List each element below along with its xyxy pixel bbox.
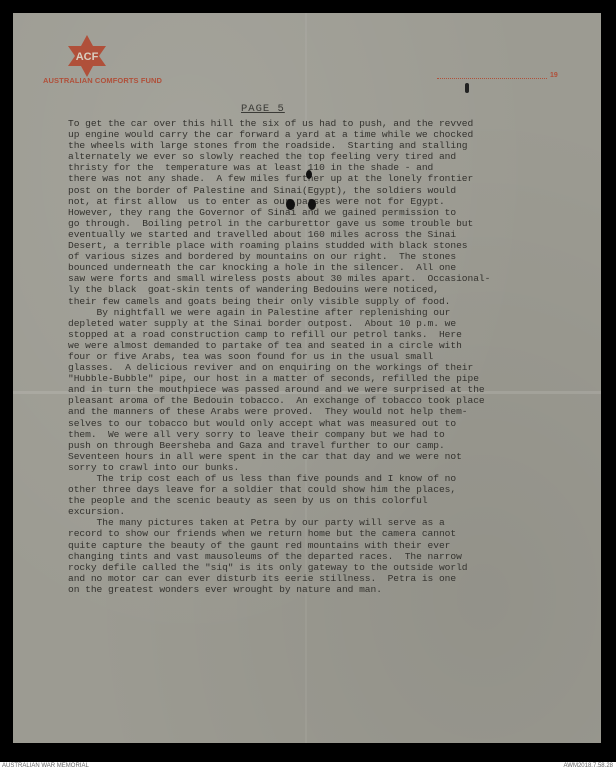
ink-blot	[286, 199, 295, 210]
text-line: depleted water supply at the Sinai borde…	[68, 318, 613, 329]
text-line: and the manners of these Arabs were prov…	[68, 406, 613, 417]
star-logo-icon: ACF	[65, 35, 109, 77]
text-line: excursion.	[68, 506, 613, 517]
text-line: thristy for the temperature was at least…	[68, 162, 613, 173]
logo-initials: ACF	[76, 51, 99, 63]
text-line: Desert, a terrible place with roaming pl…	[68, 240, 613, 251]
text-line: and no motor car can ever disturb its ee…	[68, 573, 613, 584]
letterhead-logo: ACF AUSTRALIAN COMFORTS FUND	[43, 35, 133, 95]
text-line: the people and the scenic beauty as seen…	[68, 495, 613, 506]
text-line: ly the black goat-skin tents of wanderin…	[68, 284, 613, 295]
text-line: glasses. A delicious reviver and on enqu…	[68, 362, 613, 373]
text-line: "Hubble-Bubble" pipe, our host in a matt…	[68, 373, 613, 384]
text-line: there was not any shade. A few miles fur…	[68, 173, 613, 184]
text-line: of various sizes and bordered by mountai…	[68, 251, 613, 262]
text-line: By nightfall we were again in Palestine …	[68, 307, 613, 318]
text-line: However, they rang the Governor of Sinai…	[68, 207, 613, 218]
text-line: them. We were all very sorry to leave th…	[68, 429, 613, 440]
text-line: The many pictures taken at Petra by our …	[68, 517, 613, 528]
text-line: the wheels with large stones from the ro…	[68, 140, 613, 151]
text-line: To get the car over this hill the six of…	[68, 118, 613, 129]
text-line: bounced underneath the car knocking a ho…	[68, 262, 613, 273]
text-line: other three days leave for a soldier tha…	[68, 484, 613, 495]
document-page: ACF AUSTRALIAN COMFORTS FUND 19 PAGE 5 T…	[13, 13, 601, 743]
text-line: rocky defile called the "siq" is its onl…	[68, 562, 613, 573]
text-line: sorry to crawl into our bunks.	[68, 462, 613, 473]
text-line: eventually we started and travelled abou…	[68, 229, 613, 240]
text-line: push on through Beersheba and Gaza and t…	[68, 440, 613, 451]
text-line: their few camels and goats being their o…	[68, 296, 613, 307]
organisation-name: AUSTRALIAN COMFORTS FUND	[43, 76, 163, 85]
footer-institution: AUSTRALIAN WAR MEMORIAL	[2, 763, 89, 769]
archive-footer: AUSTRALIAN WAR MEMORIAL AWM2018.7.58.28	[0, 762, 616, 773]
text-line: pleasant aroma of the Bedouin tobacco. A…	[68, 395, 613, 406]
text-line: quite capture the beauty of the gaunt re…	[68, 540, 613, 551]
text-line: four or five Arabs, tea was soon found f…	[68, 351, 613, 362]
text-line: on the greatest wonders ever wrought by …	[68, 584, 613, 595]
text-line: not, at first allow us to enter as our p…	[68, 196, 613, 207]
text-line: saw were forts and small wireless posts …	[68, 273, 613, 284]
text-line: Seventeen hours in all were spent in the…	[68, 451, 613, 462]
text-line: record to show our friends when we retur…	[68, 528, 613, 539]
date-year-prefix: 19	[550, 72, 558, 79]
footer-record-id: AWM2018.7.58.28	[564, 763, 613, 769]
text-line: post on the border of Palestine and Sina…	[68, 185, 613, 196]
ink-blot	[306, 170, 312, 179]
text-line: selves to our tobacco but would only acc…	[68, 418, 613, 429]
text-line: we were almost demanded to partake of te…	[68, 340, 613, 351]
text-line: changing tints and vast mausoleums of th…	[68, 551, 613, 562]
text-line: alternately we ever so slowly reached th…	[68, 151, 613, 162]
text-line: stopped at a road construction camp to r…	[68, 329, 613, 340]
text-line: up engine would carry the car forward a …	[68, 129, 613, 140]
text-line: and in turn the mouthpiece was passed ar…	[68, 384, 613, 395]
text-line: The trip cost each of us less than five …	[68, 473, 613, 484]
ink-blot	[308, 199, 316, 210]
text-line: go through. Boiling petrol in the carbur…	[68, 218, 613, 229]
date-line	[437, 78, 547, 79]
typed-body: To get the car over this hill the six of…	[68, 118, 613, 595]
page-heading: PAGE 5	[241, 103, 285, 115]
ink-mark	[465, 83, 469, 93]
